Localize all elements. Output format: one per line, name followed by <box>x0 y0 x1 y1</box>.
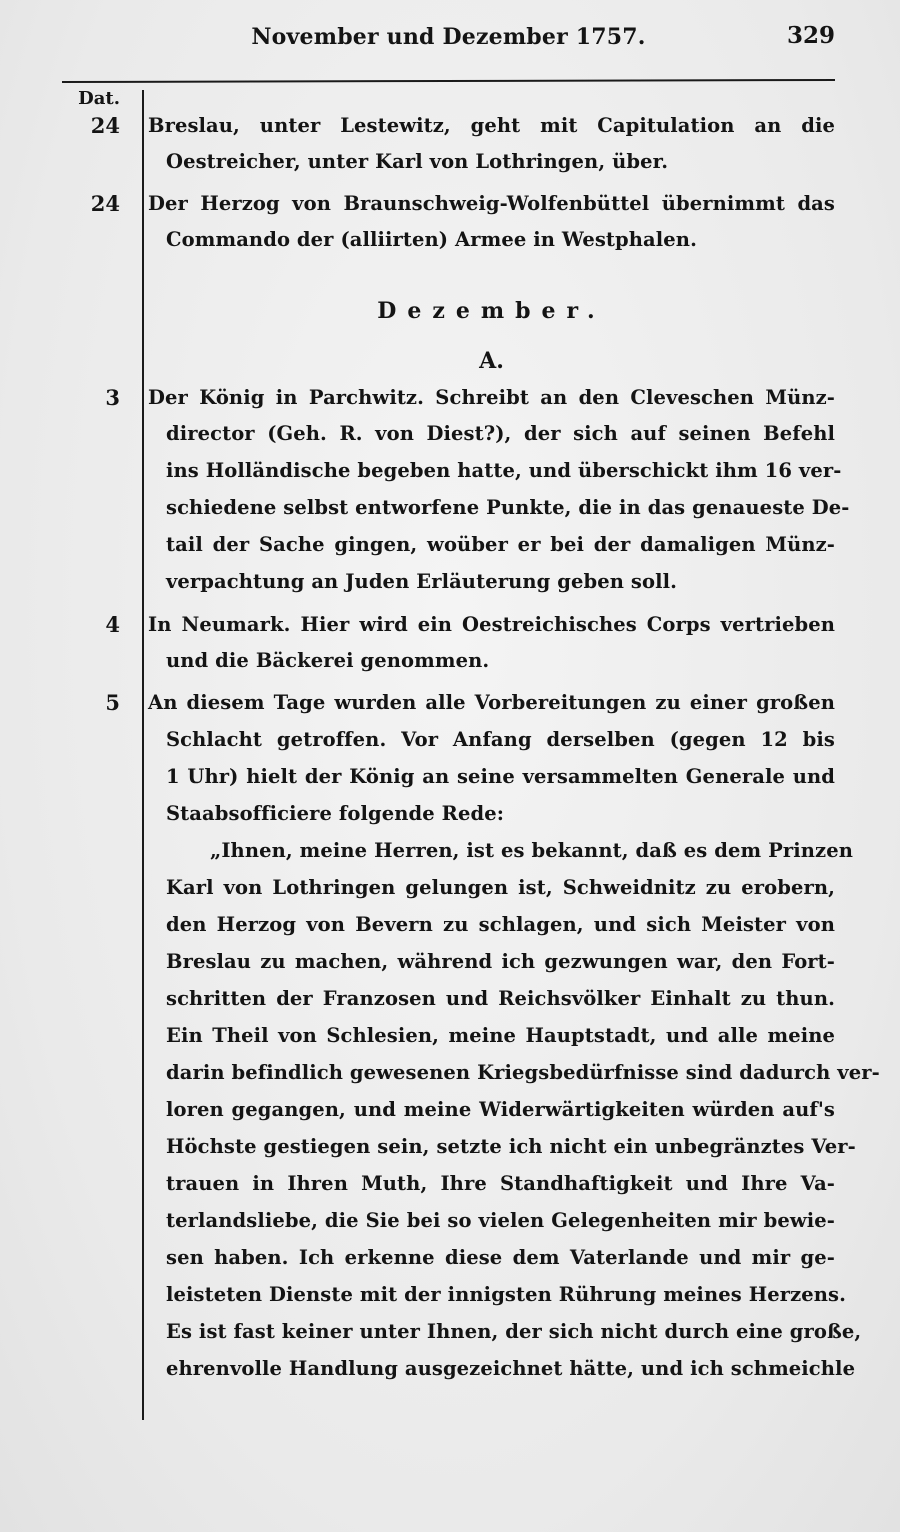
entry-line: tail der Sache gingen, woüber er bei der… <box>166 530 835 560</box>
running-head: November und Dezember 1757. 329 <box>62 20 835 56</box>
entry-line: Staabsofficiere folgende Rede: <box>166 799 835 829</box>
entry-line: An diesem Tage wurden alle Vorbereitunge… <box>148 688 835 718</box>
date-column-rule <box>142 90 144 1420</box>
speech-line: „Ihnen, meine Herren, ist es bekannt, da… <box>210 836 835 866</box>
running-title: November und Dezember 1757. <box>62 24 835 50</box>
entry-date: 24 <box>70 189 120 219</box>
speech-line: Es ist fast keiner unter Ihnen, der sich… <box>166 1317 835 1347</box>
speech-line: leisteten Dienste mit der innigsten Rühr… <box>166 1280 835 1310</box>
entry-line: Breslau, unter Lestewitz, geht mit Capit… <box>148 111 835 141</box>
date-column-label: Dat. <box>70 88 120 109</box>
speech-line: terlandsliebe, die Sie bei so vielen Gel… <box>166 1206 835 1236</box>
speech-line: loren gegangen, und meine Widerwärtigkei… <box>166 1095 835 1125</box>
speech-line: den Herzog von Bevern zu schlagen, und s… <box>166 910 835 940</box>
entry-line: Der Herzog von Braunschweig-Wolfenbüttel… <box>148 189 835 219</box>
speech-line: trauen in Ihren Muth, Ihre Standhaftigke… <box>166 1169 835 1199</box>
entry-line: verpachtung an Juden Erläuterung geben s… <box>166 567 835 597</box>
entry-line: director (Geh. R. von Diest?), der sich … <box>166 419 835 449</box>
speech-line: Ein Theil von Schlesien, meine Hauptstad… <box>166 1021 835 1051</box>
speech-line: Breslau zu machen, während ich gezwungen… <box>166 947 835 977</box>
speech-line: ehrenvolle Handlung ausgezeichnet hätte,… <box>166 1354 835 1384</box>
book-page: November und Dezember 1757. 329 Dat. 24 … <box>0 0 900 1532</box>
speech-line: sen haben. Ich erkenne diese dem Vaterla… <box>166 1243 835 1273</box>
entry-line: Commando der (alliirten) Armee in Westph… <box>166 225 835 255</box>
page-number: 329 <box>787 22 835 49</box>
entry-line: Der König in Parchwitz. Schreibt an den … <box>148 383 835 413</box>
header-rule <box>62 79 835 83</box>
entry-line: ins Holländische begeben hatte, und über… <box>166 456 835 486</box>
speech-line: Höchste gestiegen sein, setzte ich nicht… <box>166 1132 835 1162</box>
entry-date: 4 <box>70 610 120 640</box>
entry-line: und die Bäckerei genommen. <box>166 646 835 676</box>
entry-date: 24 <box>70 111 120 141</box>
entry-line: schiedene selbst entworfene Punkte, die … <box>166 493 835 523</box>
entry-date: 3 <box>70 383 120 413</box>
entry-line: Oestreicher, unter Karl von Lothringen, … <box>166 147 835 177</box>
entry-line: Schlacht getroffen. Vor Anfang derselben… <box>166 725 835 755</box>
speech-line: schritten der Franzosen und Reichsvölker… <box>166 984 835 1014</box>
speech-line: darin befindlich gewesenen Kriegsbedürfn… <box>166 1058 835 1088</box>
speech-line: Karl von Lothringen gelungen ist, Schwei… <box>166 873 835 903</box>
subsection-title-a: A. <box>148 346 835 376</box>
entry-date: 5 <box>70 688 120 718</box>
entry-line: 1 Uhr) hielt der König an seine versamme… <box>166 762 835 792</box>
section-title-dezember: Dezember. <box>148 296 835 326</box>
entry-line: In Neumark. Hier wird ein Oestreichische… <box>148 610 835 640</box>
